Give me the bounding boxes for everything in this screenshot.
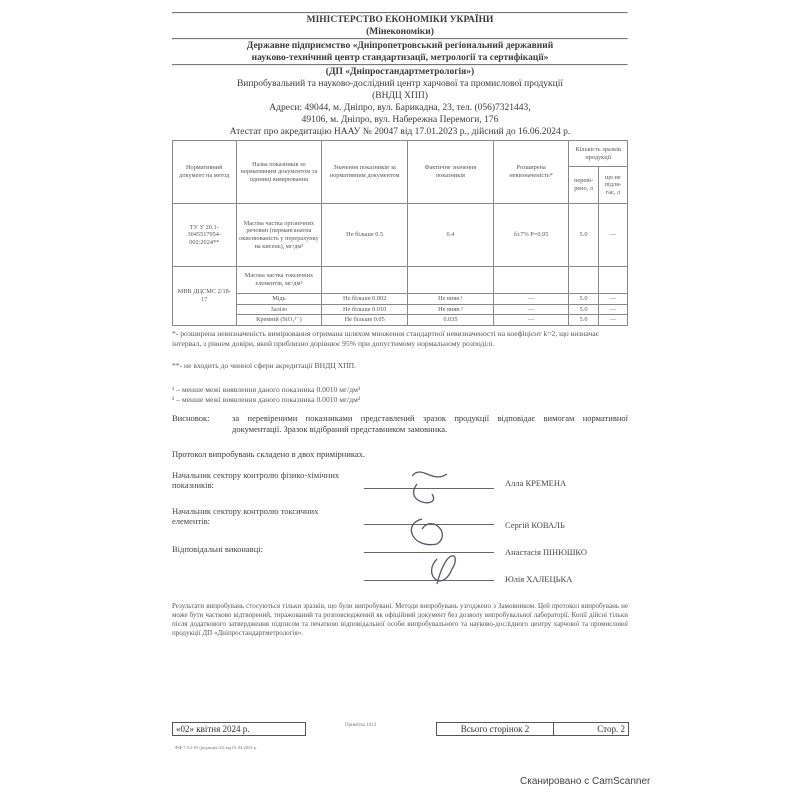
form-code: ФФ 7.9.2-05 (редакція 02) від 01.04.2024…	[175, 745, 257, 750]
results-table: Нормативний документ на метод Назва пока…	[172, 140, 628, 326]
cell-actual: Не вияв.²	[408, 304, 494, 315]
ministry-short: (Мінекономіки)	[172, 26, 628, 38]
cell-checked: 5.0	[569, 294, 598, 305]
col-header-norm: Значення показників за нормативним докум…	[322, 141, 408, 204]
accreditation: Атестат про акредитацію НААУ № 20047 від…	[172, 126, 628, 138]
cell-uncertainty: —	[493, 294, 569, 305]
cell-doc: МВВ ДЦСМС 2/18-17	[173, 267, 237, 326]
conclusion-label: Висновок:	[172, 413, 232, 435]
enterprise-line1: Державне підприємство «Дніпропетровський…	[172, 40, 628, 52]
address-line2: 49106, м. Дніпро, вул. Набережна Перемог…	[172, 114, 628, 126]
cell-name: Мідь	[236, 294, 322, 305]
copies-note: Протокол випробувань складено в двох при…	[172, 449, 628, 460]
center-short: (ВНДЦ ХПП)	[172, 90, 628, 102]
cell-checked: 5.0	[569, 204, 598, 267]
cell-norm: Не більше 0.002	[322, 294, 408, 305]
col-header-rest: що не підля-гає, л	[598, 167, 627, 204]
cell-checked: 5.0	[569, 315, 598, 326]
cell-norm: Не більше 0.05	[322, 315, 408, 326]
cell-doc: ТУ У 20.1-3045517954-002:2024**	[173, 204, 237, 267]
cell-group-title: Масова частка токсичних елементів, мг/дм…	[236, 267, 322, 294]
cell-rest: —	[598, 204, 627, 267]
protocol-date: «02» квітня 2024 р.	[172, 722, 306, 736]
cell-uncertainty: —	[493, 315, 569, 326]
footnote-2: ² – менше межі виявлення даного показник…	[172, 395, 628, 405]
cell-checked: 5.0	[569, 304, 598, 315]
table-row: Залізо Не більше 0.010 Не вияв.² — 5.0 —	[173, 304, 628, 315]
table-row: ТУ У 20.1-3045517954-002:2024** Масова ч…	[173, 204, 628, 267]
ministry-title: МІНІСТЕРСТВО ЕКОНОМІКИ УКРАЇНИ	[172, 14, 628, 26]
footnote-1: ¹ – менше межі виявлення даного показник…	[172, 385, 628, 395]
address-line1: Адреси: 49044, м. Дніпро, вул. Барикадна…	[172, 102, 628, 114]
signature-name: Юлія ХАЛЕЦЬКА	[505, 574, 572, 584]
cell-name: Масова частка органічних речовин (перман…	[236, 204, 322, 267]
cell-rest: —	[598, 315, 627, 326]
disclaimer: Результати випробувань стосуються тільки…	[172, 602, 628, 638]
table-row: МВВ ДЦСМС 2/18-17 Масова частка токсични…	[173, 267, 628, 294]
document-page: МІНІСТЕРСТВО ЕКОНОМІКИ УКРАЇНИ (Мінеконо…	[172, 12, 628, 638]
conclusion-text: за перевіреними показниками представлени…	[232, 413, 628, 435]
cell-norm: Не більше 0.5	[322, 204, 408, 267]
cell-uncertainty: δ±7% P=0.95	[493, 204, 569, 267]
cell-uncertainty: —	[493, 304, 569, 315]
center-name: Випробувальний та науково-дослідний цент…	[172, 78, 628, 90]
center-note: Примітка 1012	[345, 723, 376, 728]
cell-name: Залізо	[236, 304, 322, 315]
table-row: Мідь Не більше 0.002 Не вияв.¹ — 5.0 —	[173, 294, 628, 305]
cell-actual: 0.4	[408, 204, 494, 267]
col-header-samples: Кількість зразків продукції	[569, 141, 628, 167]
cell-norm: Не більше 0.010	[322, 304, 408, 315]
cell-name: Кремній (SiO₃²⁻)	[236, 315, 322, 326]
page-number: Стор. 2	[553, 722, 629, 736]
col-header-uncertainty: Розширена невизначеність*	[493, 141, 569, 204]
note-uncertainty: *- розширена невизначеність вимірювання …	[172, 329, 628, 349]
signature-role: Начальник сектору контролю фізико-хімічн…	[172, 470, 342, 490]
cell-rest: —	[598, 294, 627, 305]
camscanner-watermark: Сканировано с CamScanner	[520, 776, 650, 787]
signature-name: Анастасія ПІНЮШКО	[505, 547, 587, 557]
handwritten-signature-icon	[392, 464, 482, 604]
col-header-checked: переві-рено, л	[569, 167, 598, 204]
cell-rest: —	[598, 304, 627, 315]
signature-role: Відповідальні виконавці:	[172, 544, 342, 554]
conclusion: Висновок: за перевіреними показниками пр…	[172, 413, 628, 435]
table-row: Кремній (SiO₃²⁻) Не більше 0.05 0.035 — …	[173, 315, 628, 326]
signature-name: Сергій КОВАЛЬ	[505, 520, 565, 530]
note-accreditation-scope: **- не входить до чинної сфери акредитац…	[172, 361, 628, 371]
table-header-row: Нормативний документ на метод Назва пока…	[173, 141, 628, 167]
enterprise-line2: науково-технічний центр стандартизації, …	[172, 52, 628, 64]
col-header-name: Назва показників зо нормативним документ…	[236, 141, 322, 204]
col-header-doc: Нормативний документ на метод	[173, 141, 237, 204]
signature-role: Начальник сектору контролю токсичних еле…	[172, 506, 342, 526]
signatures-block: Начальник сектору контролю фізико-хімічн…	[172, 470, 628, 598]
enterprise-short: (ДП «Дніпростандартметрологія»)	[172, 66, 628, 78]
total-pages: Всього сторінок 2	[436, 722, 554, 736]
col-header-actual: Фактичне значення показників	[408, 141, 494, 204]
cell-actual: 0.035	[408, 315, 494, 326]
cell-actual: Не вияв.¹	[408, 294, 494, 305]
signature-name: Алла КРЕМЕНА	[505, 478, 566, 488]
